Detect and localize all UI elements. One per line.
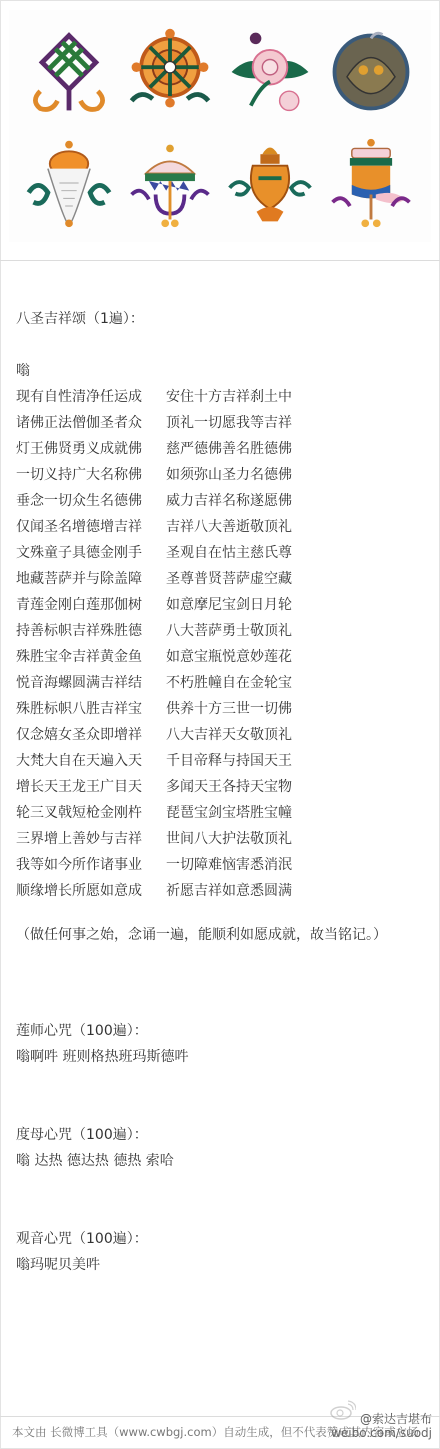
verse-line: 文殊童子具德金刚手圣观自在怙主慈氏尊: [16, 540, 426, 566]
verse-line: 殊胜标帜八胜吉祥宝供养十方三世一切佛: [16, 696, 426, 722]
endless-knot-icon: [19, 16, 120, 127]
article-body: 八圣吉祥颂（1遍）： 嗡 现有自性清净任运成安住十方吉祥刹土中 诸佛正法僧伽圣者…: [16, 306, 426, 1278]
divider: [0, 260, 440, 261]
opening-syllable: 嗡: [16, 358, 426, 384]
verse-line: 一切义持广大名称佛如须弥山圣力名德佛: [16, 462, 426, 488]
recitation-note: （做任何事之始，念诵一遍，能顺利如愿成就，故当铭记。）: [16, 922, 426, 948]
section-title: 八圣吉祥颂（1遍）：: [16, 306, 426, 332]
tara-mantra: 嗡 达热 德达热 德热 索哈: [16, 1148, 426, 1174]
conch-shell-icon: [19, 127, 120, 238]
verse-line: 现有自性清净任运成安住十方吉祥刹土中: [16, 384, 426, 410]
verse-line: 仅闻圣名增德增吉祥吉祥八大善逝敬顶礼: [16, 514, 426, 540]
verse-line: 轮三叉戟短枪金刚杵琵琶宝剑宝塔胜宝幢: [16, 800, 426, 826]
verse-line: 增长天王龙王广目天多闻天王各持天宝物: [16, 774, 426, 800]
verse-line: 殊胜宝伞吉祥黄金鱼如意宝瓶悦意妙莲花: [16, 644, 426, 670]
treasure-vase-icon: [220, 127, 321, 238]
tara-mantra-title: 度母心咒（100遍）：: [16, 1122, 426, 1148]
verse-line: 持善标帜吉祥殊胜德八大菩萨勇士敬顶礼: [16, 618, 426, 644]
verse-line: 我等如今所作诸事业一切障难恼害悉消泯: [16, 852, 426, 878]
watermark-username: @索达吉堪布: [360, 1410, 432, 1427]
verse-line: 地藏菩萨并与除盖障圣尊普贤菩萨虚空藏: [16, 566, 426, 592]
padmasambhava-mantra-title: 莲师心咒（100遍）：: [16, 1018, 426, 1044]
weibo-logo-icon: [330, 1400, 356, 1420]
padmasambhava-mantra: 嗡啊吽 班则格热班玛斯德吽: [16, 1044, 426, 1070]
watermark-url: weibo.com/suodj: [331, 1426, 432, 1440]
verse-line: 三界增上善妙与吉祥世间八大护法敬顶礼: [16, 826, 426, 852]
verse-line: 诸佛正法僧伽圣者众顶礼一切愿我等吉祥: [16, 410, 426, 436]
lotus-icon: [220, 16, 321, 127]
avalokiteshvara-mantra-title: 观音心咒（100遍）：: [16, 1226, 426, 1252]
verse-line: 悦音海螺圆满吉祥结不朽胜幢自在金轮宝: [16, 670, 426, 696]
eight-auspicious-symbols-image: [9, 10, 431, 242]
verse-line: 仅念嬉女圣众即增祥八大吉祥天女敬顶礼: [16, 722, 426, 748]
verse-list: 现有自性清净任运成安住十方吉祥刹土中 诸佛正法僧伽圣者众顶礼一切愿我等吉祥 灯王…: [16, 384, 426, 904]
verse-line: 顺缘增长所愿如意成祈愿吉祥如意悉圆满: [16, 878, 426, 904]
verse-line: 灯王佛贤勇义成就佛慈严德佛善名胜德佛: [16, 436, 426, 462]
avalokiteshvara-mantra: 嗡玛呢贝美吽: [16, 1252, 426, 1278]
victory-banner-icon: [321, 127, 422, 238]
verse-line: 大梵大自在天遍入天千目帝释与持国天王: [16, 748, 426, 774]
verse-line: 青莲金刚白莲那伽树如意摩尼宝剑日月轮: [16, 592, 426, 618]
parasol-icon: [120, 127, 221, 238]
verse-line: 垂念一切众生名德佛威力吉祥名称遂愿佛: [16, 488, 426, 514]
golden-fish-icon: [321, 16, 422, 127]
dharma-wheel-icon: [120, 16, 221, 127]
